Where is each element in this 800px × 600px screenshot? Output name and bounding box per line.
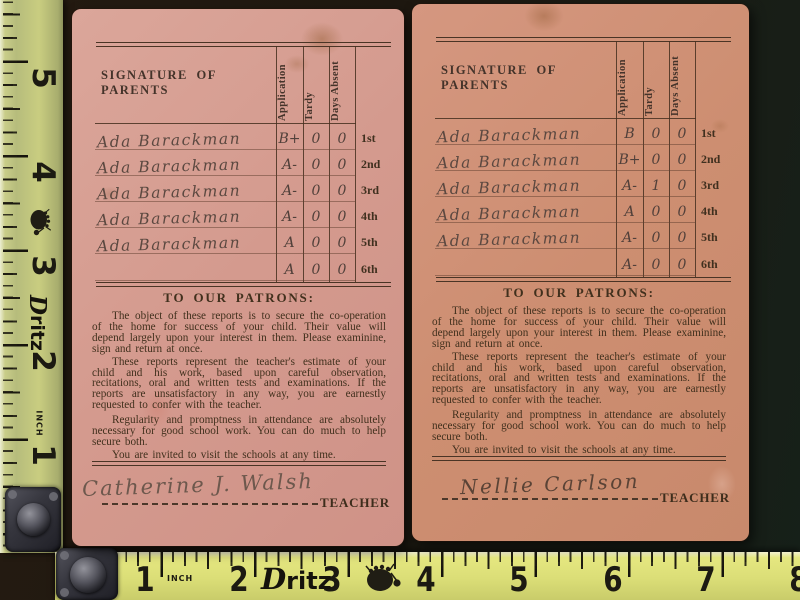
grade-tardy: 0 xyxy=(303,235,329,251)
parent-signature: Ada Barackman xyxy=(97,207,275,230)
teacher-signature: Nellie Carlson xyxy=(460,469,641,499)
patrons-paragraph: You are invited to visit the schools at … xyxy=(432,445,726,456)
grade-days-absent: 0 xyxy=(669,126,695,142)
ruler-number: 5 xyxy=(22,59,64,97)
ruler-number: 6 xyxy=(597,560,630,600)
table-header-signature-of-parents: SIGNATURE OF PARENTS xyxy=(101,68,271,98)
parent-signature: Ada Barackman xyxy=(437,150,615,173)
rivet xyxy=(17,503,50,536)
ruler-number: 4 xyxy=(22,153,64,191)
ruler-number: 3 xyxy=(22,247,64,285)
grade-application: A- xyxy=(616,178,643,194)
teacher-signature-zone: Catherine J. Walsh TEACHER xyxy=(72,469,404,519)
table-row: Ada Barackman B+ 0 0 1st xyxy=(95,123,356,150)
tape-measure-horizontal: 1 2 3 4 5 6 7 8 INCH Dritz xyxy=(55,552,800,600)
patrons-paragraph: The object of these reports is to secure… xyxy=(92,311,386,355)
grade-days-absent: 0 xyxy=(669,178,695,194)
ruler-number: 2 xyxy=(223,560,256,600)
teacher-label: TEACHER xyxy=(320,495,390,511)
dritz-logo: Dritz xyxy=(24,295,51,351)
row-ordinal: 6th xyxy=(361,262,393,277)
rule-divider xyxy=(436,37,731,42)
grade-application: A- xyxy=(276,183,303,199)
inch-label: INCH xyxy=(35,410,44,436)
parents-signature-table: SIGNATURE OF PARENTS Application Tardy D… xyxy=(435,37,731,280)
table-row: Ada Barackman A- 0 0 2nd xyxy=(95,149,356,176)
table-row: Ada Barackman A- 0 0 3rd xyxy=(95,175,356,202)
column-header-tardy: Tardy xyxy=(304,49,330,121)
patrons-paragraph: Regularity and promptness in attendance … xyxy=(92,415,386,448)
rule-divider xyxy=(96,42,391,47)
patrons-paragraph: You are invited to visit the schools at … xyxy=(92,450,386,461)
rule-divider xyxy=(92,461,386,466)
rule-divider xyxy=(432,456,726,461)
report-card-left: SIGNATURE OF PARENTS Application Tardy D… xyxy=(72,9,404,546)
grade-tardy: 1 xyxy=(643,178,669,194)
rivet xyxy=(70,557,106,593)
grade-application: B+ xyxy=(276,131,303,147)
parent-signature: Ada Barackman xyxy=(437,124,615,147)
grade-application: A xyxy=(276,235,303,251)
table-header-signature-of-parents: SIGNATURE OF PARENTS xyxy=(441,63,611,93)
table-row: Ada Barackman A 0 0 4th xyxy=(435,196,696,223)
patrons-notice: TO OUR PATRONS: The object of these repo… xyxy=(92,290,386,463)
row-ordinal: 3rd xyxy=(701,178,733,193)
grade-application: A xyxy=(616,204,643,220)
grade-days-absent: 0 xyxy=(669,204,695,220)
patrons-notice: TO OUR PATRONS: The object of these repo… xyxy=(432,285,726,458)
table-row: Ada Barackman A 0 0 5th xyxy=(95,227,356,254)
rule-divider xyxy=(436,277,731,282)
tomato-pincushion-icon xyxy=(363,561,403,593)
rule-divider xyxy=(96,282,391,287)
parents-signature-table: SIGNATURE OF PARENTS Application Tardy D… xyxy=(95,42,391,285)
ruler-number: 7 xyxy=(690,560,723,600)
ruler-number: 4 xyxy=(410,560,443,600)
grade-application: A- xyxy=(276,157,303,173)
tomato-pincushion-icon xyxy=(28,207,54,237)
grade-days-absent: 0 xyxy=(329,262,355,278)
grade-application: A- xyxy=(616,230,643,246)
tape-end-clip xyxy=(56,548,118,600)
parent-signature: Ada Barackman xyxy=(97,181,275,204)
grade-tardy: 0 xyxy=(643,257,669,273)
row-ordinal: 5th xyxy=(701,230,733,245)
table-row: A 0 0 6th xyxy=(95,253,356,281)
patrons-paragraph: These reports represent the teacher's es… xyxy=(432,352,726,407)
patrons-title: TO OUR PATRONS: xyxy=(92,290,386,306)
grade-days-absent: 0 xyxy=(329,157,355,173)
teacher-signature: Catherine J. Walsh xyxy=(82,469,315,501)
patrons-paragraph: These reports represent the teacher's es… xyxy=(92,357,386,412)
row-ordinal: 2nd xyxy=(701,152,733,167)
parent-signature: Ada Barackman xyxy=(437,202,615,225)
table-row: Ada Barackman A- 0 0 5th xyxy=(435,222,696,249)
patrons-paragraph: The object of these reports is to secure… xyxy=(432,306,726,350)
column-header-days-absent: Days Absent xyxy=(670,44,696,116)
ruler-number: 5 xyxy=(503,560,536,600)
grade-tardy: 0 xyxy=(303,183,329,199)
parent-signature: Ada Barackman xyxy=(437,176,615,199)
grade-tardy: 0 xyxy=(643,204,669,220)
teacher-signature-zone: Nellie Carlson TEACHER xyxy=(412,464,749,514)
signature-dashed-line xyxy=(102,503,318,505)
parent-signature: Ada Barackman xyxy=(97,129,275,152)
column-header-days-absent: Days Absent xyxy=(330,49,356,121)
table-row: Ada Barackman B+ 0 0 2nd xyxy=(435,144,696,171)
patrons-paragraph: Regularity and promptness in attendance … xyxy=(432,410,726,443)
grade-application: B+ xyxy=(616,152,643,168)
grade-application: A xyxy=(276,262,303,278)
parent-signature: Ada Barackman xyxy=(97,155,275,178)
table-row: Ada Barackman A- 1 0 3rd xyxy=(435,170,696,197)
signature-dashed-line xyxy=(442,498,658,500)
teacher-label: TEACHER xyxy=(660,490,730,506)
grade-tardy: 0 xyxy=(643,230,669,246)
column-header-tardy: Tardy xyxy=(644,44,670,116)
table-row: Ada Barackman A- 0 0 4th xyxy=(95,201,356,228)
grade-tardy: 0 xyxy=(303,262,329,278)
grade-application: A- xyxy=(276,209,303,225)
tape-measure-vertical: 5 4 3 2 1 Dritz INCH xyxy=(0,0,63,553)
ruler-number: 1 xyxy=(129,560,162,600)
row-ordinal: 1st xyxy=(361,131,393,146)
grade-days-absent: 0 xyxy=(669,230,695,246)
grade-tardy: 0 xyxy=(303,131,329,147)
parent-signature: Ada Barackman xyxy=(437,228,615,251)
grade-application: B xyxy=(616,126,643,142)
report-card-right: SIGNATURE OF PARENTS Application Tardy D… xyxy=(412,4,749,541)
grade-days-absent: 0 xyxy=(329,235,355,251)
row-ordinal: 1st xyxy=(701,126,733,141)
table-row: A- 0 0 6th xyxy=(435,248,696,276)
table-row: Ada Barackman B 0 0 1st xyxy=(435,118,696,145)
dritz-logo: Dritz xyxy=(261,562,332,596)
row-ordinal: 3rd xyxy=(361,183,393,198)
ruler-number: 1 xyxy=(22,436,64,474)
column-header-application: Application xyxy=(277,49,303,121)
row-ordinal: 4th xyxy=(701,204,733,219)
patrons-title: TO OUR PATRONS: xyxy=(432,285,726,301)
grade-days-absent: 0 xyxy=(329,131,355,147)
ruler-number: 8 xyxy=(783,560,800,600)
grade-days-absent: 0 xyxy=(669,257,695,273)
grade-days-absent: 0 xyxy=(329,183,355,199)
grade-tardy: 0 xyxy=(303,209,329,225)
grade-days-absent: 0 xyxy=(329,209,355,225)
grade-tardy: 0 xyxy=(643,152,669,168)
inch-label: INCH xyxy=(167,574,193,583)
column-header-application: Application xyxy=(617,44,643,116)
grade-days-absent: 0 xyxy=(669,152,695,168)
row-ordinal: 6th xyxy=(701,257,733,272)
tape-end-clip xyxy=(5,487,61,552)
grade-tardy: 0 xyxy=(303,157,329,173)
grade-tardy: 0 xyxy=(643,126,669,142)
row-ordinal: 5th xyxy=(361,235,393,250)
parent-signature: Ada Barackman xyxy=(97,233,275,256)
row-ordinal: 2nd xyxy=(361,157,393,172)
row-ordinal: 4th xyxy=(361,209,393,224)
photo-scene: 5 4 3 2 1 Dritz INCH 1 2 3 4 5 6 7 8 INC… xyxy=(0,0,800,600)
grade-application: A- xyxy=(616,257,643,273)
